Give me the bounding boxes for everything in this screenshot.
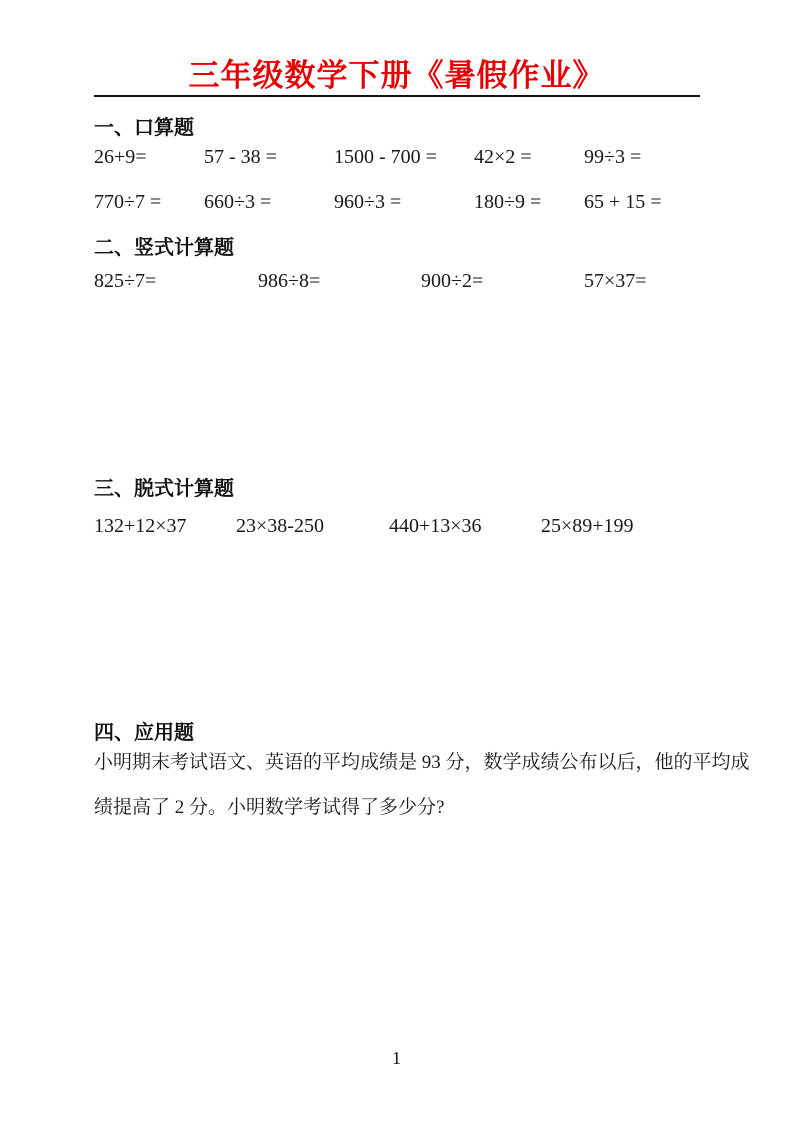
math-problem: 57 - 38 = bbox=[204, 146, 334, 169]
math-problem: 960÷3 = bbox=[334, 191, 474, 214]
math-problem: 440+13×36 bbox=[389, 515, 541, 538]
math-problem: 1500 - 700 = bbox=[334, 146, 474, 169]
section-heading-oral: 一、口算题 bbox=[94, 111, 194, 140]
math-problem: 65 + 15 = bbox=[584, 191, 700, 214]
math-problem: 23×38-250 bbox=[236, 515, 389, 538]
math-problem: 180÷9 = bbox=[474, 191, 584, 214]
page-number: 1 bbox=[0, 1048, 793, 1069]
word-problem-line: 小明期末考试语文、英语的平均成绩是 93 分，数学成绩公布以后，他的平均成 bbox=[94, 740, 706, 785]
math-problem: 986÷8= bbox=[258, 270, 421, 293]
math-problem: 25×89+199 bbox=[541, 515, 700, 538]
stepwise-problems-row: 132+12×37 23×38-250 440+13×36 25×89+199 bbox=[94, 515, 700, 538]
math-problem: 900÷2= bbox=[421, 270, 584, 293]
worksheet-page: 三年级数学下册《暑假作业》 一、口算题 26+9= 57 - 38 = 1500… bbox=[0, 0, 793, 1122]
word-problem-line: 绩提高了 2 分。小明数学考试得了多少分? bbox=[94, 785, 706, 830]
math-problem: 57×37= bbox=[584, 270, 700, 293]
math-problem: 660÷3 = bbox=[204, 191, 334, 214]
word-problem-text: 小明期末考试语文、英语的平均成绩是 93 分，数学成绩公布以后，他的平均成 绩提… bbox=[94, 740, 706, 830]
math-problem: 26+9= bbox=[94, 146, 204, 169]
oral-problems-row-1: 26+9= 57 - 38 = 1500 - 700 = 42×2 = 99÷3… bbox=[94, 146, 700, 169]
vertical-problems-row: 825÷7= 986÷8= 900÷2= 57×37= bbox=[94, 270, 700, 293]
oral-problems-row-2: 770÷7 = 660÷3 = 960÷3 = 180÷9 = 65 + 15 … bbox=[94, 191, 700, 214]
math-problem: 132+12×37 bbox=[94, 515, 236, 538]
math-problem: 825÷7= bbox=[94, 270, 258, 293]
section-heading-stepwise: 三、脱式计算题 bbox=[94, 472, 234, 501]
math-problem: 42×2 = bbox=[474, 146, 584, 169]
document-title: 三年级数学下册《暑假作业》 bbox=[0, 50, 793, 95]
math-problem: 770÷7 = bbox=[94, 191, 204, 214]
section-heading-vertical: 二、竖式计算题 bbox=[94, 231, 234, 260]
math-problem: 99÷3 = bbox=[584, 146, 700, 169]
title-divider bbox=[94, 95, 700, 97]
